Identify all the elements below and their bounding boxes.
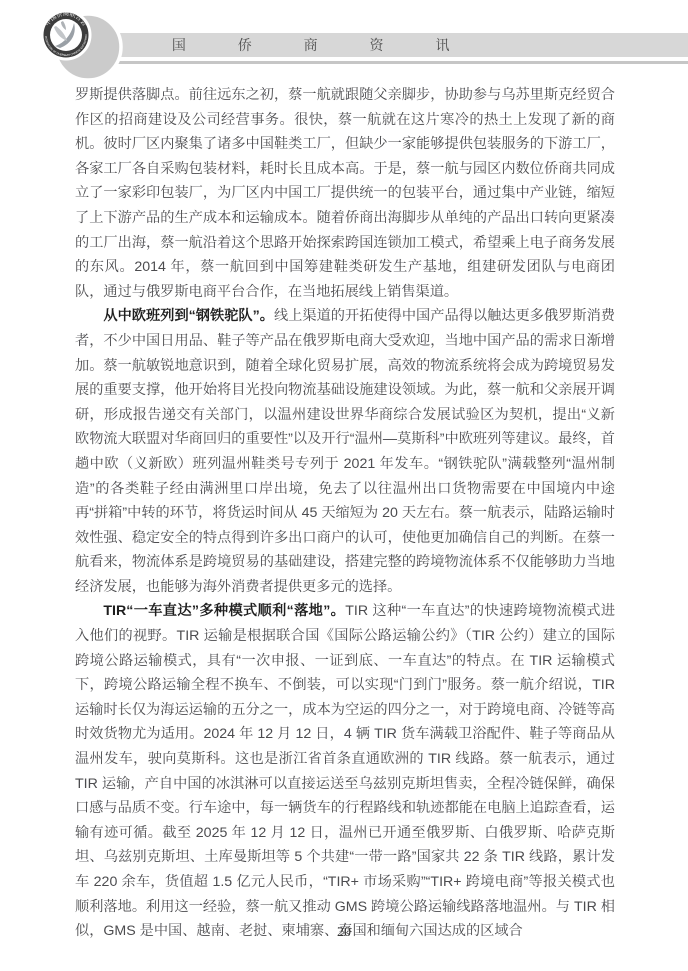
paragraph: 从中欧班列到“钢铁驼队”。线上渠道的开拓使得中国产品得以触达更多俄罗斯消费者，不… [75,304,615,599]
newsletter-title: 中 国 侨 商 资 讯 [106,33,473,57]
federation-seal-icon: 中国侨商联合会 CHINA FEDERATION OF OVERSEAS CHI… [30,4,130,88]
document-page: { "header": { "title_spaced": "中 国 侨 商 资… [0,0,688,971]
header-bar: 中 国 侨 商 资 讯 [60,33,688,57]
paragraph: TIR“一车直达”多种模式顺利“落地”。TIR 这种“一车直达”的快速跨境物流模… [75,599,615,943]
paragraph-body: 罗斯提供落脚点。前往远东之初，蔡一航就跟随父亲脚步，协助参与乌苏里斯克经贸合作区… [75,87,615,300]
paragraph-body: 线上渠道的开拓使得中国产品得以触达更多俄罗斯消费者，不少中国日用品、鞋子等产品在… [75,308,615,595]
federation-seal-logo: 中国侨商联合会 CHINA FEDERATION OF OVERSEAS CHI… [30,4,130,88]
paragraph-lead: TIR“一车直达”多种模式顺利“落地”。 [103,603,345,619]
paragraph-lead: 从中欧班列到“钢铁驼队”。 [103,308,274,324]
paragraph-body: TIR 这种“一车直达”的快速跨境物流模式进入他们的视野。TIR 运输是根据联合… [75,603,615,939]
article-body: 罗斯提供落脚点。前往远东之初，蔡一航就跟随父亲脚步，协助参与乌苏里斯克经贸合作区… [75,83,615,944]
paragraph: 罗斯提供落脚点。前往远东之初，蔡一航就跟随父亲脚步，协助参与乌苏里斯克经贸合作区… [75,83,615,304]
header-rule [60,61,688,64]
seal-inner-circle [50,19,82,51]
page-number: 20 [0,925,688,941]
